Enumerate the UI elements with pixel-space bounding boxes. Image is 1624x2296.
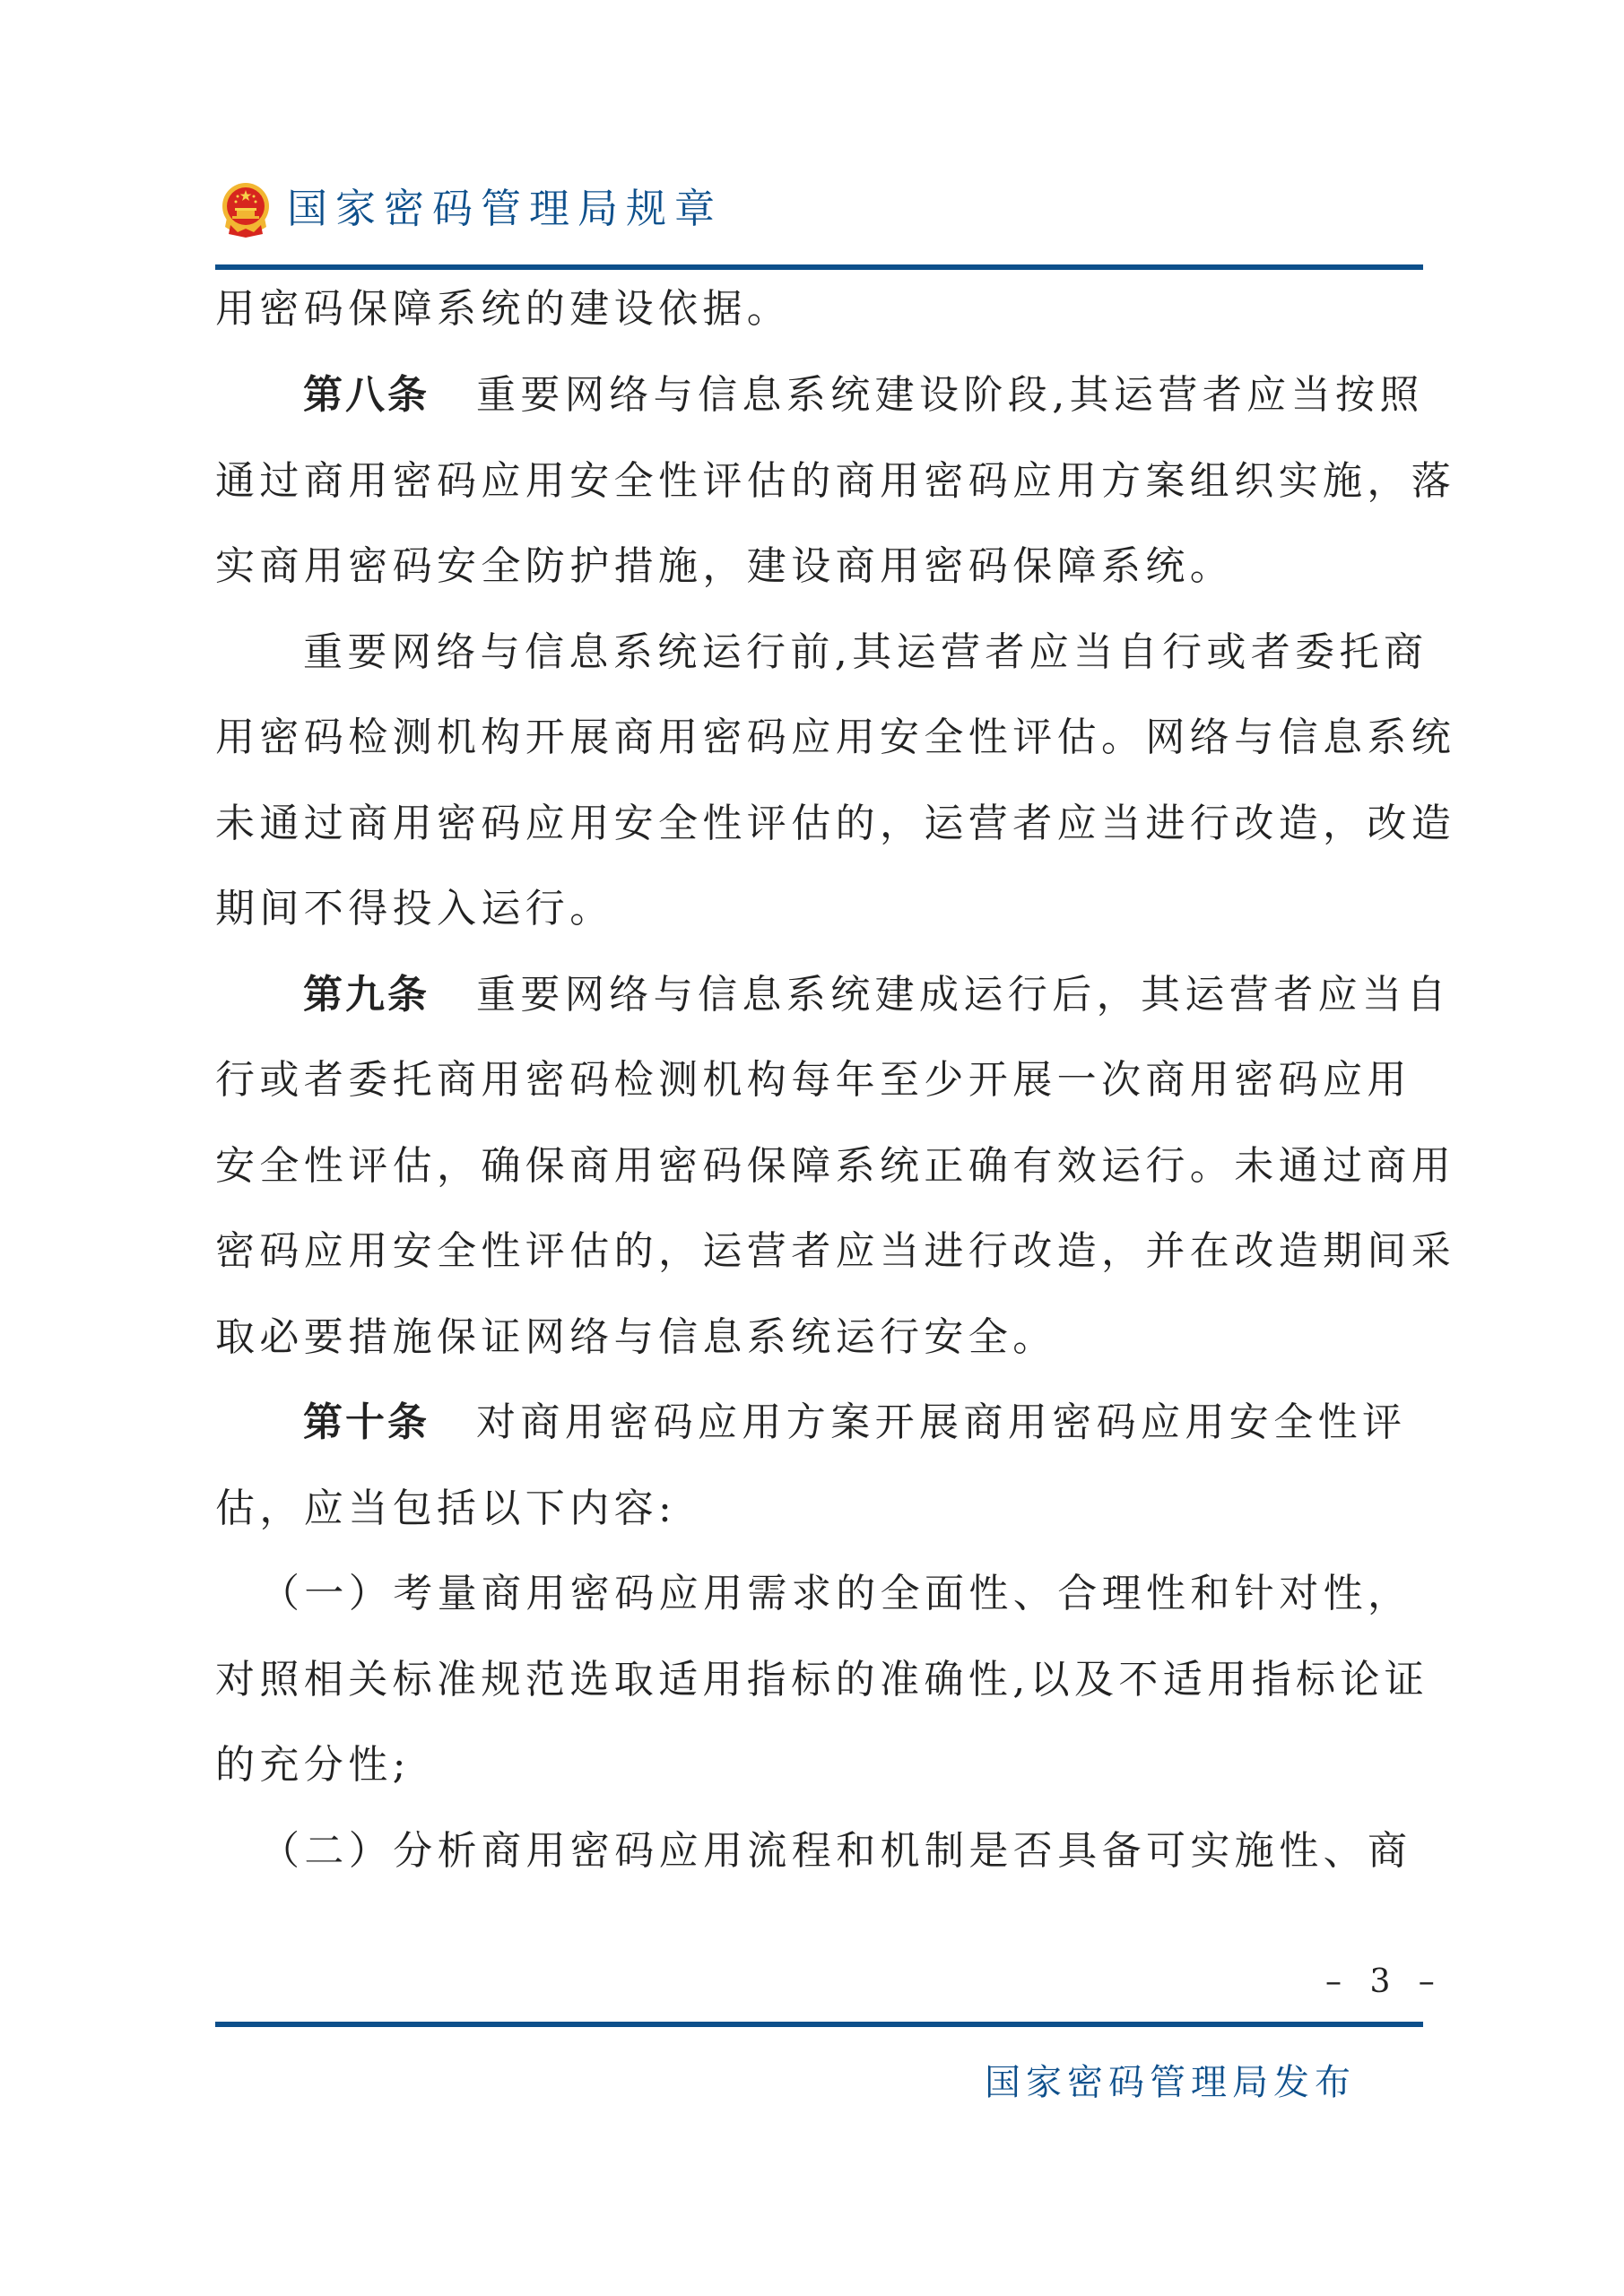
text-line: 密码应用安全性评估的，运营者应当进行改造，并在改造期间采	[215, 1225, 1435, 1278]
line-text: 的充分性;	[215, 1742, 411, 1788]
text-line: 安全性评估，确保商用密码保障系统正确有效运行。未通过商用	[215, 1139, 1435, 1193]
line-text: 重要网络与信息系统运行前,其运营者应当自行或者委托商	[303, 629, 1428, 675]
line-text: 估，应当包括以下内容:	[215, 1486, 676, 1531]
line-text: 实商用密码安全防护措施，建设商用密码保障系统。	[215, 543, 1234, 589]
text-line: 实商用密码安全防护措施，建设商用密码保障系统。	[215, 540, 1435, 593]
article-10-heading-line: 第十条对商用密码应用方案开展商用密码应用安全性评	[303, 1396, 1523, 1450]
page-header: 国家密码管理局规章	[215, 176, 1423, 274]
line-text: 行或者委托商用密码检测机构每年至少开展一次商用密码应用	[215, 1057, 1411, 1103]
text-line: 用密码检测机构开展商用密码应用安全性评估。网络与信息系统	[215, 711, 1435, 765]
footer-publisher: 国家密码管理局发布	[985, 2060, 1356, 2105]
footer-divider	[215, 2022, 1423, 2027]
article-9-heading-line: 第九条重要网络与信息系统建成运行后，其运营者应当自	[303, 968, 1523, 1022]
line-text: （一）考量商用密码应用需求的全面性、合理性和针对性，	[260, 1571, 1411, 1616]
line-text: 对商用密码应用方案开展商用密码应用安全性评	[476, 1399, 1406, 1445]
line-text: 用密码检测机构开展商用密码应用安全性评估。网络与信息系统	[215, 715, 1455, 760]
header-divider	[215, 264, 1423, 270]
article-label: 第十条	[303, 1399, 430, 1445]
article-label: 第九条	[303, 972, 430, 1018]
line-text: （二）分析商用密码应用流程和机制是否具备可实施性、商	[260, 1828, 1411, 1874]
text-line: 未通过商用密码应用安全性评估的，运营者应当进行改造，改造	[215, 797, 1435, 851]
text-line: 行或者委托商用密码检测机构每年至少开展一次商用密码应用	[215, 1053, 1435, 1107]
text-line: 取必要措施保证网络与信息系统运行安全。	[215, 1311, 1435, 1365]
line-text: 通过商用密码应用安全性评估的商用密码应用方案组织实施，落	[215, 458, 1455, 504]
line-text: 对照相关标准规范选取适用指标的准确性,以及不适用指标论证	[215, 1657, 1429, 1703]
paragraph-start-line: 重要网络与信息系统运行前,其运营者应当自行或者委托商	[303, 626, 1523, 680]
line-text: 重要网络与信息系统建设阶段,其运营者应当按照	[476, 372, 1424, 418]
line-text: 密码应用安全性评估的，运营者应当进行改造，并在改造期间采	[215, 1228, 1455, 1274]
line-text: 期间不得投入运行。	[215, 886, 614, 931]
text-line: 的充分性;	[215, 1738, 1435, 1792]
header-title: 国家密码管理局规章	[287, 186, 723, 231]
text-line: 用密码保障系统的建设依据。	[215, 282, 1435, 336]
line-text: 重要网络与信息系统建成运行后，其运营者应当自	[476, 972, 1451, 1018]
national-emblem-icon	[221, 182, 270, 238]
line-text: 安全性评估，确保商用密码保障系统正确有效运行。未通过商用	[215, 1143, 1455, 1189]
text-line: 估，应当包括以下内容:	[215, 1482, 1435, 1536]
line-text: 用密码保障系统的建设依据。	[215, 286, 791, 332]
article-label: 第八条	[303, 372, 430, 418]
article-8-heading-line: 第八条重要网络与信息系统建设阶段,其运营者应当按照	[303, 368, 1523, 422]
text-line: 期间不得投入运行。	[215, 882, 1435, 936]
page-number: – 3 –	[1325, 1960, 1444, 2005]
list-item-1-line: （一）考量商用密码应用需求的全面性、合理性和针对性，	[260, 1567, 1480, 1621]
line-text: 未通过商用密码应用安全性评估的，运营者应当进行改造，改造	[215, 801, 1455, 846]
text-line: 通过商用密码应用安全性评估的商用密码应用方案组织实施，落	[215, 455, 1435, 508]
list-item-2-line: （二）分析商用密码应用流程和机制是否具备可实施性、商	[260, 1824, 1480, 1878]
text-line: 对照相关标准规范选取适用指标的准确性,以及不适用指标论证	[215, 1653, 1435, 1707]
line-text: 取必要措施保证网络与信息系统运行安全。	[215, 1314, 1057, 1360]
